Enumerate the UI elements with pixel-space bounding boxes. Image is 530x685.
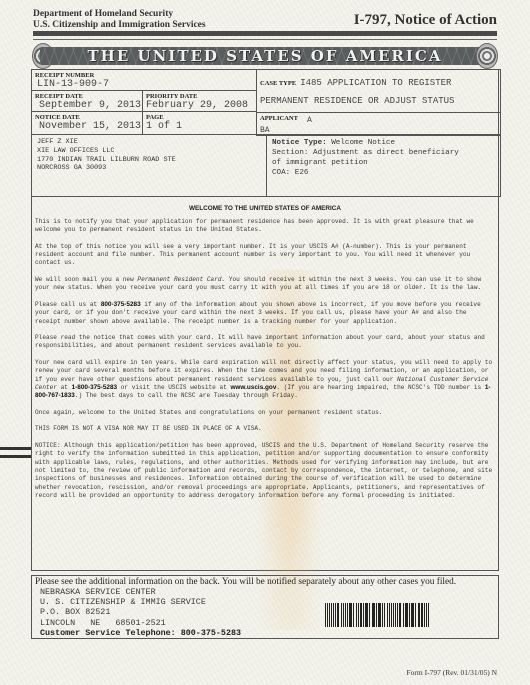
page-cell: PAGE 1 of 1 xyxy=(142,111,257,135)
paragraph-approval: This is to notify you that your applicat… xyxy=(35,218,494,235)
notice-type-value: Welcome Notice xyxy=(331,139,395,147)
banner: THE UNITED STATES OF AMERICA xyxy=(40,47,490,65)
return-address-box: Please see the additional information on… xyxy=(31,575,499,639)
phone-number: 800-375-5283 xyxy=(101,301,141,308)
notice-coa: COA: E26 xyxy=(272,168,459,178)
address-line: U. S. CITIZENSHIP & IMMIG SERVICE xyxy=(40,597,241,607)
back-info-note: Please see the additional information on… xyxy=(35,577,456,587)
address-line: P.O. BOX 82521 xyxy=(40,607,241,617)
ncsc-phone: 1-800-375-5283 xyxy=(72,384,117,391)
receipt-date-value: September 9, 2013 xyxy=(39,100,141,111)
paragraph-read-notice: Please read the notice that comes with y… xyxy=(35,334,494,351)
applicant-cell: APPLICANT A BA xyxy=(256,112,501,136)
margin-mark xyxy=(0,447,31,450)
notice-type-label: Notice Type: xyxy=(272,139,327,147)
agency-name: Department of Homeland Security xyxy=(33,9,206,20)
margin-mark xyxy=(0,455,31,458)
recipient-line: NORCROSS GA 30093 xyxy=(37,164,176,173)
banner-text: THE UNITED STATES OF AMERICA xyxy=(88,47,443,65)
agency-header: Department of Homeland Security U.S. Cit… xyxy=(33,9,206,31)
notice-date-cell: NOTICE DATE November 15, 2013 xyxy=(31,111,143,135)
paragraph-a-number: At the top of this notice you will see a… xyxy=(35,243,494,268)
paragraph-call-us: Please call us at 800-375-5283 if any of… xyxy=(35,301,494,326)
header-rule xyxy=(33,31,497,36)
address-line: NEBRASKA SERVICE CENTER xyxy=(40,587,241,597)
applicant-line1: A xyxy=(307,115,312,126)
form-revision: Form I-797 (Rev. 01/31/05) N xyxy=(406,668,497,677)
address-line: LINCOLN NE 68501-2521 xyxy=(40,618,241,628)
receipt-number-value: LIN-13-909-7 xyxy=(37,79,109,90)
customer-service-phone: Customer Service Telephone: 800-375-5283 xyxy=(40,628,241,638)
priority-date-value: February 29, 2008 xyxy=(146,100,248,111)
form-title: I-797, Notice of Action xyxy=(354,12,497,29)
paragraph-not-visa: THIS FORM IS NOT A VISA NOR MAY IT BE US… xyxy=(35,425,494,433)
notice-date-label: NOTICE DATE xyxy=(35,114,80,121)
applicant-label: APPLICANT xyxy=(260,115,298,122)
subagency-name: U.S. Citizenship and Immigration Service… xyxy=(33,20,206,31)
receipt-number-cell: RECEIPT NUMBER LIN-13-909-7 xyxy=(31,69,257,91)
recipient-line: 1770 INDIAN TRAIL LILBURN ROAD STE xyxy=(37,156,176,165)
notice-date-value: November 15, 2013 xyxy=(39,121,141,132)
rosette-icon xyxy=(476,43,498,69)
recipient-line: XIE LAW OFFICES LLC xyxy=(37,147,176,156)
recipient-line: JEFF Z XIE xyxy=(37,138,176,147)
receipt-number-label: RECEIPT NUMBER xyxy=(35,72,94,79)
paragraph-legal-notice: NOTICE: Although this application/petiti… xyxy=(35,442,494,500)
paragraph-card-mailing: We will soon mail you a new Permanent Re… xyxy=(35,276,494,293)
receipt-date-label: RECEIPT DATE xyxy=(35,93,83,100)
notice-frame: RECEIPT NUMBER LIN-13-909-7 CASE TYPE I4… xyxy=(31,69,499,571)
header-rule-thin xyxy=(33,39,497,40)
recipient-address: JEFF Z XIE XIE LAW OFFICES LLC 1770 INDI… xyxy=(37,138,176,173)
return-address: NEBRASKA SERVICE CENTER U. S. CITIZENSHI… xyxy=(40,587,241,638)
uscis-website-link[interactable]: www.uscis.gov xyxy=(230,384,276,391)
recipient-address-cell: JEFF Z XIE XIE LAW OFFICES LLC 1770 INDI… xyxy=(31,134,267,197)
welcome-title: WELCOME TO THE UNITED STATES OF AMERICA xyxy=(32,205,498,212)
case-type-label: CASE TYPE xyxy=(260,80,296,87)
notice-info-cell: Notice Type: Welcome Notice Section: Adj… xyxy=(266,134,501,197)
barcode xyxy=(325,603,430,627)
notice-body: This is to notify you that your applicat… xyxy=(35,218,494,508)
notice-section-cont: of immigrant petition xyxy=(272,158,459,168)
notice-section: Section: Adjustment as direct beneficiar… xyxy=(272,148,459,158)
page-value: 1 of 1 xyxy=(146,121,182,132)
paragraph-card-expiry: Your new card will expire in ten years. … xyxy=(35,359,494,400)
page-label: PAGE xyxy=(146,114,164,121)
priority-date-cell: PRIORITY DATE February 29, 2008 xyxy=(142,90,257,112)
priority-date-label: PRIORITY DATE xyxy=(146,93,197,100)
case-type-cell: CASE TYPE I485 APPLICATION TO REGISTER P… xyxy=(256,69,501,113)
receipt-date-cell: RECEIPT DATE September 9, 2013 xyxy=(31,90,143,112)
paragraph-congratulations: Once again, welcome to the United States… xyxy=(35,409,494,417)
